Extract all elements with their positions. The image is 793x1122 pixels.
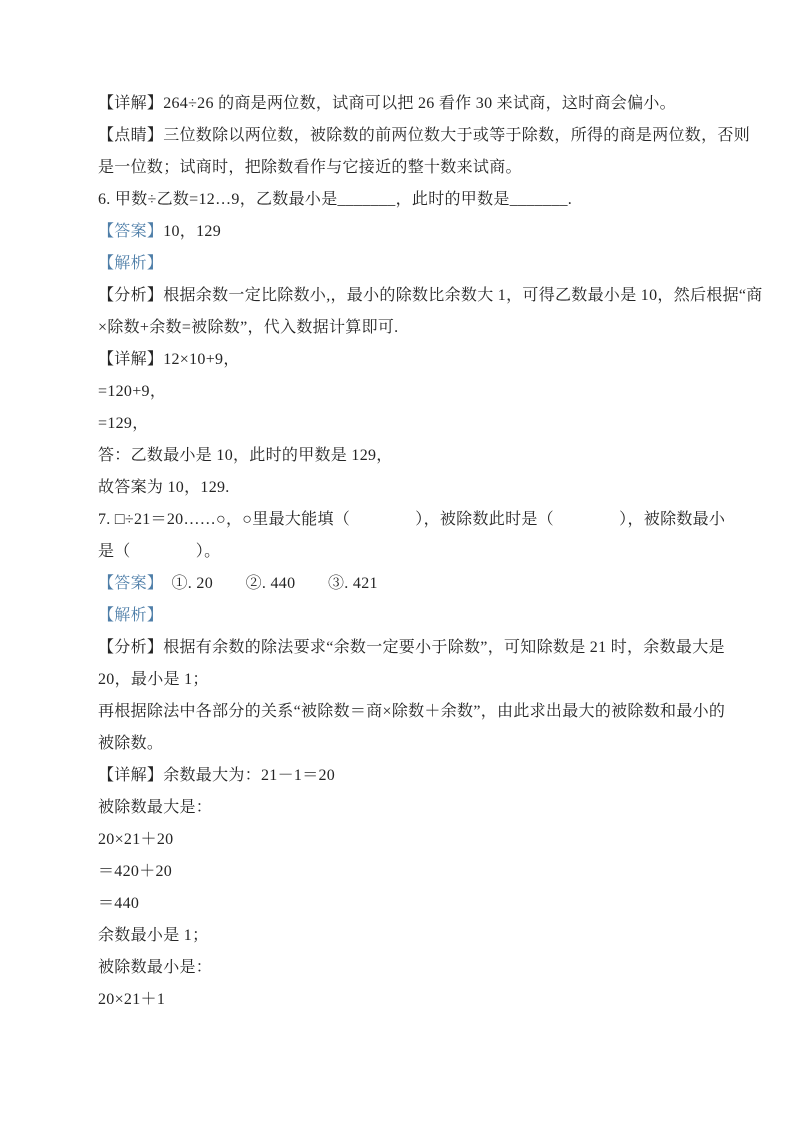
bracket-label: 【分析】: [98, 287, 163, 304]
tip-line: 【点睛】三位数除以两位数，被除数的前两位数大于或等于除数，所得的商是两位数，否则: [98, 120, 703, 152]
doc-line: ×除数+余数=被除数”，代入数据计算即可.: [98, 312, 703, 344]
line-text: 20×21＋1: [98, 991, 165, 1008]
doc-line: 是一位数；试商时，把除数看作与它接近的整十数来试商。: [98, 152, 703, 184]
line-text: 被除数最大是：: [98, 799, 212, 816]
doc-line: 余数最小是 1；: [98, 920, 703, 952]
line-text: 故答案为 10，129.: [98, 479, 230, 496]
doc-line: =120+9，: [98, 376, 703, 408]
bracket-label: 【详解】: [98, 767, 163, 784]
doc-line: 被除数最小是：: [98, 952, 703, 984]
line-text: 是（ ）。: [98, 543, 220, 560]
bracket-label: 【详解】: [98, 351, 163, 368]
line-text: 答：乙数最小是 10，此时的甲数是 129，: [98, 447, 393, 464]
analysis-header-line: 【解析】: [98, 600, 703, 632]
line-text: 被除数。: [98, 735, 163, 752]
line-text: 7. □÷21＝20……○，○里最大能填（ ），被除数此时是（ ），被除数最小: [98, 511, 725, 528]
bracket-label-blue: 【解析】: [98, 255, 163, 272]
bracket-label-blue: 【答案】: [98, 575, 155, 592]
analysis-line: 【分析】根据余数一定比除数小,，最小的除数比余数大 1，可得乙数最小是 10，然…: [98, 280, 703, 312]
bracket-label: 【点睛】: [98, 127, 163, 144]
line-text: 20，最小是 1；: [98, 671, 209, 688]
document-body: 【详解】264÷26 的商是两位数，试商可以把 26 看作 30 来试商，这时商…: [98, 88, 703, 1016]
line-text: 被除数最小是：: [98, 959, 212, 976]
question-stem-line: 7. □÷21＝20……○，○里最大能填（ ），被除数此时是（ ），被除数最小: [98, 504, 703, 536]
line-text: 20×21＋20: [98, 831, 173, 848]
doc-line: 被除数最大是：: [98, 792, 703, 824]
answer-line: 【答案】10，129: [98, 216, 703, 248]
doc-line: 20，最小是 1；: [98, 664, 703, 696]
bracket-label-blue: 【解析】: [98, 607, 163, 624]
detail-line: 【详解】264÷26 的商是两位数，试商可以把 26 看作 30 来试商，这时商…: [98, 88, 703, 120]
doc-line: =129，: [98, 408, 703, 440]
line-text: 10，129: [163, 223, 221, 240]
line-text: ①. 20 ②. 440 ③. 421: [155, 575, 378, 592]
doc-line: 20×21＋1: [98, 984, 703, 1016]
doc-line: 故答案为 10，129.: [98, 472, 703, 504]
document-page: 【详解】264÷26 的商是两位数，试商可以把 26 看作 30 来试商，这时商…: [0, 0, 793, 1122]
doc-line: 是（ ）。: [98, 536, 703, 568]
line-text: ＝440: [98, 895, 139, 912]
bracket-label: 【详解】: [98, 95, 163, 112]
doc-line: ＝420＋20: [98, 856, 703, 888]
doc-line: ＝440: [98, 888, 703, 920]
doc-line: 20×21＋20: [98, 824, 703, 856]
line-text: =129，: [98, 415, 149, 432]
line-text: 是一位数；试商时，把除数看作与它接近的整十数来试商。: [98, 159, 522, 176]
line-text: 再根据除法中各部分的关系“被除数＝商×除数＋余数”，由此求出最大的被除数和最小的: [98, 703, 725, 720]
detail-line: 【详解】12×10+9，: [98, 344, 703, 376]
line-text: 264÷26 的商是两位数，试商可以把 26 看作 30 来试商，这时商会偏小。: [163, 95, 676, 112]
analysis-header-line: 【解析】: [98, 248, 703, 280]
answer-line: 【答案】 ①. 20 ②. 440 ③. 421: [98, 568, 703, 600]
bracket-label-blue: 【答案】: [98, 223, 163, 240]
line-text: 三位数除以两位数，被除数的前两位数大于或等于除数，所得的商是两位数，否则: [163, 127, 750, 144]
line-text: 余数最小是 1；: [98, 927, 208, 944]
line-text: 根据有余数的除法要求“余数一定要小于除数”，可知除数是 21 时，余数最大是: [163, 639, 725, 656]
doc-line: 再根据除法中各部分的关系“被除数＝商×除数＋余数”，由此求出最大的被除数和最小的: [98, 696, 703, 728]
line-text: 6. 甲数÷乙数=12…9，乙数最小是_______，此时的甲数是_______…: [98, 191, 572, 208]
doc-line: 答：乙数最小是 10，此时的甲数是 129，: [98, 440, 703, 472]
bracket-label: 【分析】: [98, 639, 163, 656]
line-text: 12×10+9，: [163, 351, 239, 368]
question-stem-line: 6. 甲数÷乙数=12…9，乙数最小是_______，此时的甲数是_______…: [98, 184, 703, 216]
doc-line: 被除数。: [98, 728, 703, 760]
line-text: ×除数+余数=被除数”，代入数据计算即可.: [98, 319, 398, 336]
line-text: 根据余数一定比除数小,，最小的除数比余数大 1，可得乙数最小是 10，然后根据“…: [163, 287, 762, 304]
line-text: =120+9，: [98, 383, 166, 400]
analysis-line: 【分析】根据有余数的除法要求“余数一定要小于除数”，可知除数是 21 时，余数最…: [98, 632, 703, 664]
detail-line: 【详解】余数最大为：21－1＝20: [98, 760, 703, 792]
line-text: 余数最大为：21－1＝20: [163, 767, 335, 784]
line-text: ＝420＋20: [98, 863, 172, 880]
